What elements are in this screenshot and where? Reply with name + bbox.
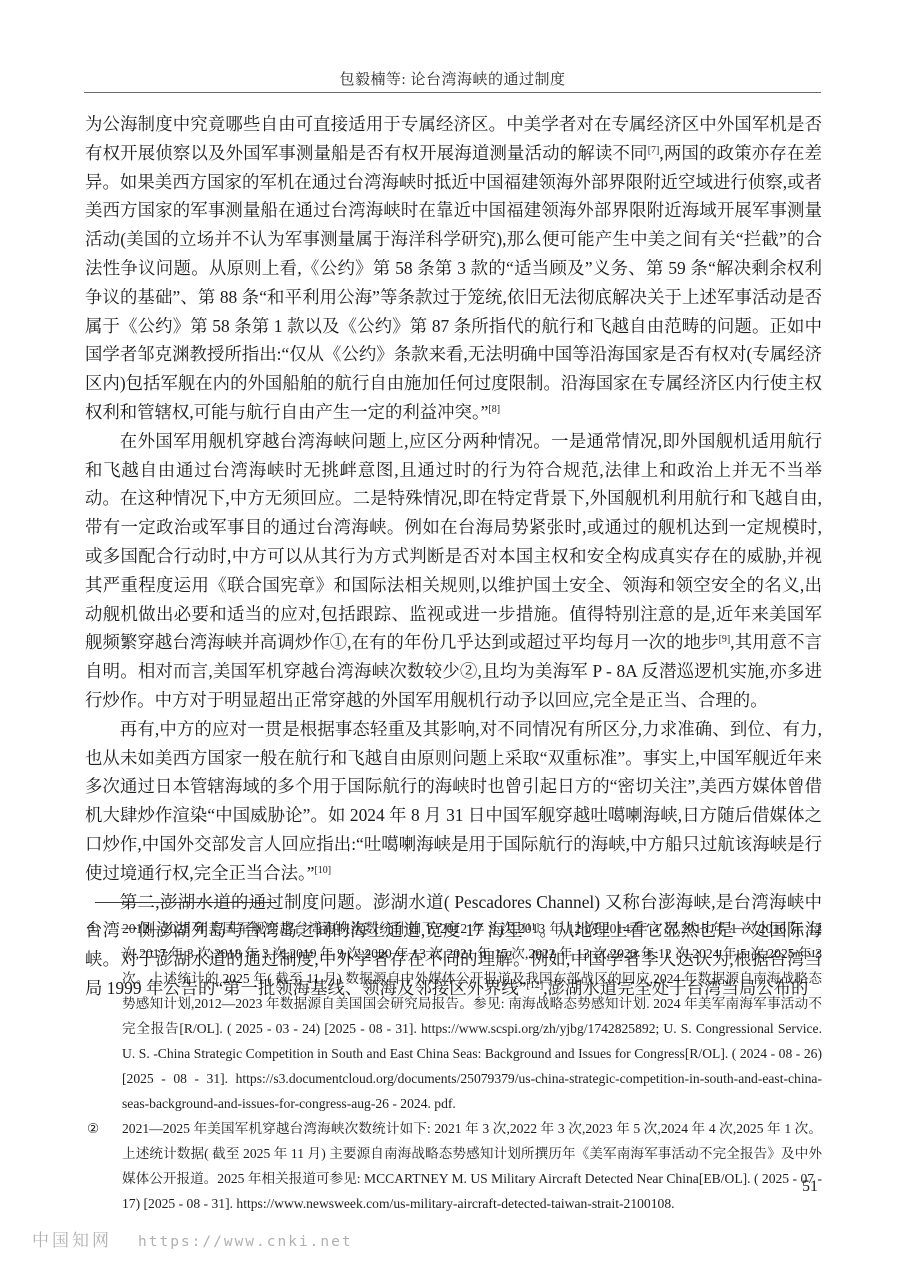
- footnote-marker: ②: [87, 1116, 99, 1141]
- watermark-url: https://www.cnki.net: [138, 1234, 353, 1250]
- body-paragraph: 为公海制度中究竟哪些自由可直接适用于专属经济区。中美学者对在专属经济区中外国军机…: [85, 110, 822, 427]
- header-rule: [84, 92, 821, 93]
- journal-page: 包毅楠等: 论台湾海峡的通过制度 为公海制度中究竟哪些自由可直接适用于专属经济区…: [0, 0, 900, 1273]
- footnote-separator: [95, 902, 277, 903]
- footnote: ② 2021—2025 年美国军机穿越台湾海峡次数统计如下: 2021 年 3 …: [85, 1116, 822, 1216]
- page-number: 51: [802, 1178, 818, 1196]
- article-body: 为公海制度中究竟哪些自由可直接适用于专属经济区。中美学者对在专属经济区中外国军机…: [85, 110, 822, 1003]
- running-header: 包毅楠等: 论台湾海峡的通过制度: [85, 68, 820, 89]
- cnki-watermark: 中国知网 https://www.cnki.net: [32, 1226, 353, 1251]
- footnotes-block: ① 2012—2025 年美国军舰穿越台湾海峡次数统计如下:2012 年 9 次…: [85, 916, 822, 1216]
- body-paragraph: 再有,中方的应对一贯是根据事态轻重及其影响,对不同情况有所区分,力求准确、到位、…: [85, 715, 822, 888]
- footnote: ① 2012—2025 年美国军舰穿越台湾海峡次数统计如下:2012 年 9 次…: [85, 916, 822, 1116]
- footnote-text: 2012—2025 年美国军舰穿越台湾海峡次数统计如下:2012 年 9 次,2…: [122, 921, 822, 1111]
- body-paragraph: 在外国军用舰机穿越台湾海峡问题上,应区分两种情况。一是通常情况,即外国舰机适用航…: [85, 427, 822, 715]
- footnote-marker: ①: [87, 916, 99, 941]
- footnote-text: 2021—2025 年美国军机穿越台湾海峡次数统计如下: 2021 年 3 次,…: [122, 1121, 822, 1211]
- watermark-site-name: 中国知网: [32, 1226, 112, 1251]
